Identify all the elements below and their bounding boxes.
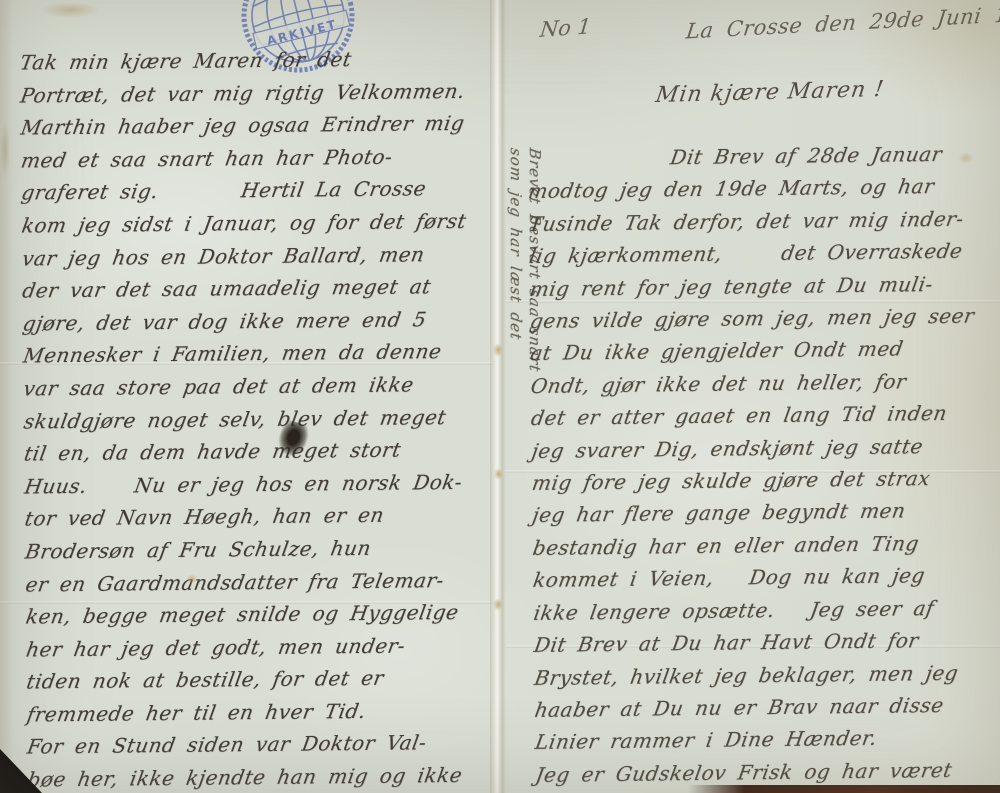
handwritten-line: Mennesker i Familien, men da denne (21, 335, 500, 373)
handwritten-line: Dit Brev at Du har Havt Ondt for (532, 623, 1000, 661)
handwritten-line: som jeg har læst det (506, 147, 525, 620)
handwritten-line: Brevet Besvart saa snart (525, 147, 544, 620)
handwritten-line: ken, begge meget snilde og Hyggelige (23, 596, 502, 634)
stain-speck (186, 574, 198, 584)
handwritten-line: var saa store paa det at dem ikke (21, 367, 500, 405)
handwritten-line: tor ved Navn Høegh, han er en (22, 498, 501, 536)
handwritten-line: var jeg hos en Doktor Ballard, men (20, 237, 499, 275)
handwritten-line: graferet sig. Hertil La Crosse (19, 172, 498, 210)
salutation: Min kjære Maren ! (598, 75, 942, 109)
fold-margin-note: Brevet Besvart saa snartsom jeg har læst… (506, 148, 544, 618)
handwritten-line: kommet i Veien, Dog nu kan jeg (531, 558, 1000, 596)
handwritten-line: Portræt, det var mig rigtig Velkommen. (18, 74, 497, 112)
handwritten-line: det er atter gaaet en lang Tid inden (529, 396, 1000, 434)
handwritten-line: til en, da dem havde meget stort (22, 433, 501, 471)
handwritten-line: lig kjærkomment, det Overraskede (527, 234, 1000, 272)
handwritten-line: For en Stund siden var Doktor Val- (25, 726, 504, 764)
stain-speck (0, 120, 10, 180)
page-number: No 1 (539, 14, 592, 42)
stain-speck (958, 152, 974, 164)
handwritten-line: Linier rammer i Dine Hænder. (533, 720, 1000, 758)
handwritten-line: tiden nok at bestille, for det er (24, 661, 503, 699)
handwritten-line: gjøre, det var dog ikke mere end 5 (20, 302, 499, 340)
handwritten-line: Marthin haaber jeg ogsaa Erindrer mig (18, 107, 497, 145)
letter-scan: ARKIVET No 1 La Crosse den 29de Juni 189… (0, 0, 1000, 793)
handwritten-line: der var det saa umaadelig meget at (20, 270, 499, 308)
handwritten-line: Huus. Nu er jeg hos en norsk Dok- (22, 465, 501, 503)
handwritten-line: bøe her, ikke kjendte han mig og ikke (25, 759, 504, 793)
handwritten-line: modtog jeg den 19de Marts, og har (526, 169, 1000, 207)
right-page-text: Dit Brev af 28de Januarmodtog jeg den 19… (528, 137, 1000, 791)
dateline: La Crosse den 29de Juni 189 (685, 0, 1000, 43)
handwritten-line: kom jeg sidst i Januar, og for det først (19, 204, 498, 242)
scan-background-strip (688, 785, 1000, 793)
handwritten-line: Tak min kjære Maren for det (18, 42, 497, 80)
left-page-text: Tak min kjære Maren for detPortræt, det … (20, 42, 502, 793)
handwritten-line: er en Gaardmandsdatter fra Telemar- (23, 563, 502, 601)
stain-speck (40, 2, 100, 18)
handwritten-line: her har jeg det godt, men under- (24, 628, 503, 666)
handwritten-line: skuldgjøre noget selv, blev det meget (21, 400, 500, 438)
handwritten-line: Brodersøn af Fru Schulze, hun (23, 530, 502, 568)
handwritten-line: at Du ikke gjengjelder Ondt med (528, 331, 1000, 369)
